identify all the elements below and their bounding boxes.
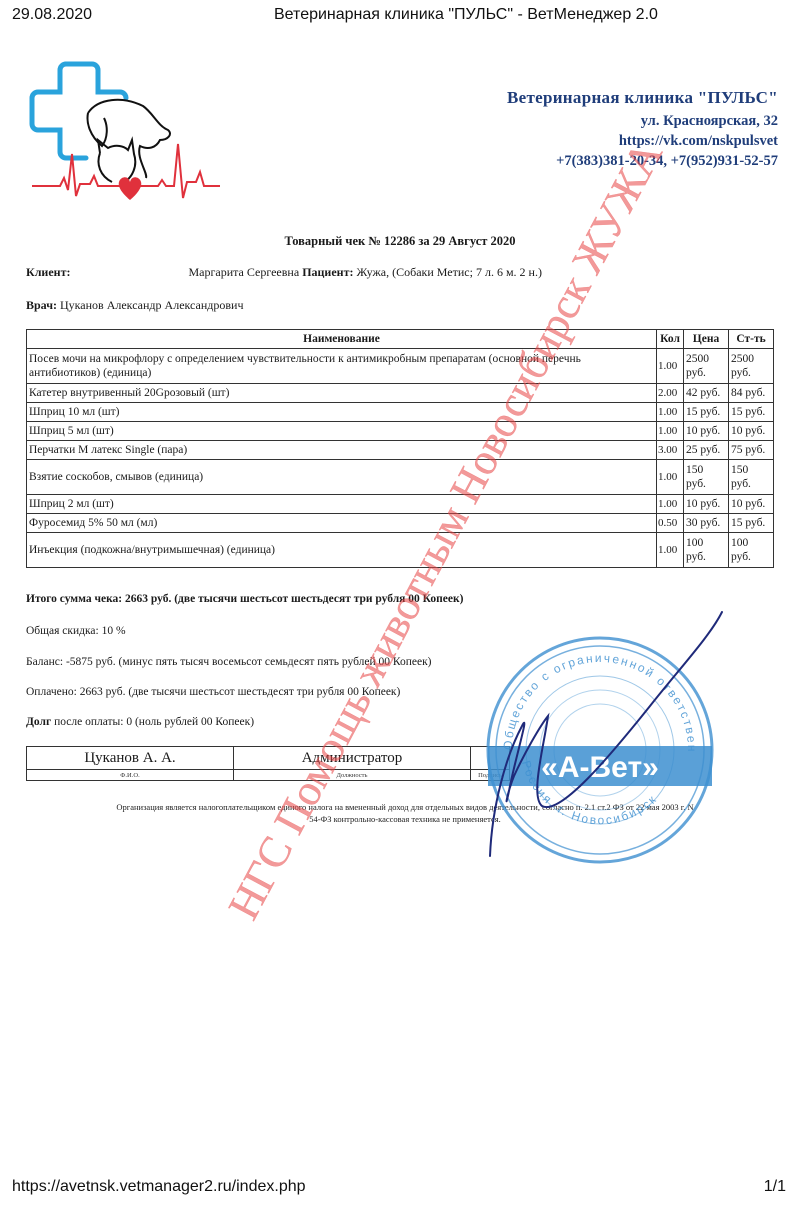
print-page-title: Ветеринарная клиника "ПУЛЬС" - ВетМенедж… (274, 6, 658, 24)
item-name: Шприц 5 мл (шт) (27, 422, 657, 441)
item-price: 30 руб. (684, 514, 729, 533)
item-qty: 2.00 (657, 384, 684, 403)
doctor-name: Цуканов Александр Александрович (60, 298, 244, 312)
item-price: 10 руб. (684, 422, 729, 441)
item-total: 100 руб. (729, 533, 774, 568)
print-url: https://avetnsk.vetmanager2.ru/index.php (12, 1178, 306, 1196)
column-header-total: Ст-ть (729, 330, 774, 349)
item-qty: 1.00 (657, 460, 684, 495)
item-total: 84 руб. (729, 384, 774, 403)
doctor-label: Врач: (26, 298, 57, 312)
print-date: 29.08.2020 (12, 6, 92, 24)
item-qty: 1.00 (657, 495, 684, 514)
item-price: 15 руб. (684, 403, 729, 422)
item-name: Перчатки М латекс Single (пара) (27, 441, 657, 460)
item-name: Шприц 2 мл (шт) (27, 495, 657, 514)
signer-name: Цуканов А. А. (27, 747, 234, 770)
clinic-name: Ветеринарная клиника "ПУЛЬС" (507, 88, 778, 108)
item-qty: 3.00 (657, 441, 684, 460)
table-row: Фуросемид 5% 50 мл (мл) 0.50 30 руб. 15 … (27, 514, 774, 533)
item-name: Взятие соскобов, смывов (единица) (27, 460, 657, 495)
table-row: Катетер внутривенный 20Gрозовый (шт) 2.0… (27, 384, 774, 403)
items-table-header: Наименование Кол Цена Ст-ть (27, 330, 774, 349)
table-row: Шприц 10 мл (шт) 1.00 15 руб. 15 руб. (27, 403, 774, 422)
clinic-address: ул. Красноярская, 32 (507, 111, 778, 131)
table-row: Перчатки М латекс Single (пара) 3.00 25 … (27, 441, 774, 460)
item-name: Фуросемид 5% 50 мл (мл) (27, 514, 657, 533)
table-row: Шприц 5 мл (шт) 1.00 10 руб. 10 руб. (27, 422, 774, 441)
item-price: 150 руб. (684, 460, 729, 495)
table-row: Шприц 2 мл (шт) 1.00 10 руб. 10 руб. (27, 495, 774, 514)
signature-table: Цуканов А. А. Администратор Ф.И.О. Должн… (26, 746, 510, 781)
item-total: 15 руб. (729, 514, 774, 533)
item-qty: 0.50 (657, 514, 684, 533)
item-qty: 1.00 (657, 533, 684, 568)
table-row: Посев мочи на микрофлору с определением … (27, 349, 774, 384)
item-total: 75 руб. (729, 441, 774, 460)
item-name: Катетер внутривенный 20Gрозовый (шт) (27, 384, 657, 403)
item-price: 100 руб. (684, 533, 729, 568)
caption-position: Должность (234, 770, 471, 781)
table-row: Взятие соскобов, смывов (единица) 1.00 1… (27, 460, 774, 495)
item-price: 25 руб. (684, 441, 729, 460)
print-page-number: 1/1 (764, 1178, 786, 1196)
item-total: 150 руб. (729, 460, 774, 495)
debt-label: Долг (26, 716, 51, 728)
receipt-title: Товарный чек № 12286 за 29 Август 2020 (0, 234, 800, 249)
item-total: 15 руб. (729, 403, 774, 422)
client-label: Клиент: (26, 265, 70, 279)
item-qty: 1.00 (657, 349, 684, 384)
summary-debt: Долг после оплаты: 0 (ноль рублей 00 Коп… (26, 716, 254, 728)
item-total: 10 руб. (729, 495, 774, 514)
items-table: Наименование Кол Цена Ст-ть Посев мочи н… (26, 329, 774, 568)
item-price: 2500 руб. (684, 349, 729, 384)
caption-name: Ф.И.О. (27, 770, 234, 781)
debt-value: после оплаты: 0 (ноль рублей 00 Копеек) (51, 716, 254, 728)
client-line: Клиент: Маргарита Сергеевна Пациент: Жуж… (26, 265, 542, 280)
print-header: 29.08.2020 Ветеринарная клиника "ПУЛЬС" … (0, 6, 800, 30)
column-header-qty: Кол (657, 330, 684, 349)
doctor-line: Врач: Цуканов Александр Александрович (26, 298, 244, 313)
clinic-logo-icon (28, 58, 228, 208)
item-total: 10 руб. (729, 422, 774, 441)
handwritten-signature-icon (470, 606, 730, 866)
column-header-price: Цена (684, 330, 729, 349)
item-qty: 1.00 (657, 403, 684, 422)
item-qty: 1.00 (657, 422, 684, 441)
item-name: Шприц 10 мл (шт) (27, 403, 657, 422)
item-price: 42 руб. (684, 384, 729, 403)
item-total: 2500 руб. (729, 349, 774, 384)
patient-label: Пациент: (302, 265, 353, 279)
client-name: Маргарита Сергеевна (188, 265, 299, 279)
patient-info: Жужа, (Собаки Метис; 7 л. 6 м. 2 н.) (356, 265, 541, 279)
item-name: Инъекция (подкожна/внутримышечная) (един… (27, 533, 657, 568)
item-price: 10 руб. (684, 495, 729, 514)
summary-discount: Общая скидка: 10 % (26, 625, 126, 637)
